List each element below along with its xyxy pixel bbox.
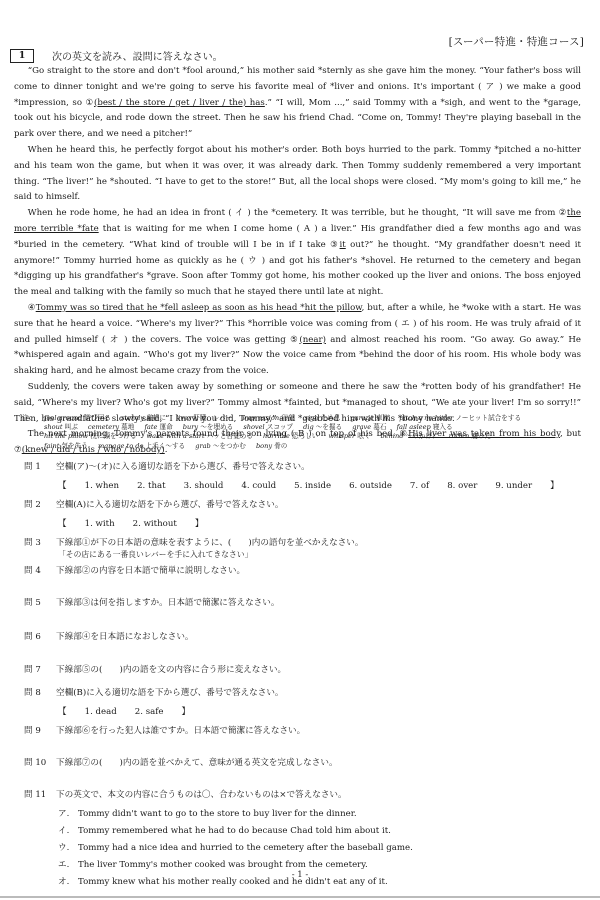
question-6: 問 6下線部④を日本語になおしなさい。 (24, 630, 194, 642)
tf-item: エ.The liver Tommy's mother cooked was br… (58, 858, 368, 870)
paragraph-4: ④Tommy was so tired that he *fell asleep… (14, 301, 581, 380)
answer-option: 7. of (410, 481, 429, 491)
note-term: faint (44, 442, 59, 450)
question-5: 問 5下線部③は何を指しますか。日本語で簡潔に答えなさい。 (24, 596, 279, 608)
question-1: 問 1空欄(ア)～(オ)に入る適切な語を下から選び、番号で答えなさい。 (24, 460, 310, 472)
question-2-options: 【1. with2. without】 (58, 517, 221, 529)
note-meaning: 腐った (469, 432, 491, 440)
answer-option: 6. outside (349, 481, 392, 491)
question-7: 問 7下線部⑤の( )内の語を文の内容に合う形に変えなさい。 (24, 663, 286, 675)
question-11: 問 11下の英文で、本文の内容に合うものは〇、合わないものは×で答えなさい。 (24, 788, 347, 800)
note-row: faint 気を失う manage to do 上手く～する grab ～をつか… (22, 442, 592, 451)
question-8-options: 【1. dead2. safe】 (58, 705, 208, 717)
tf-item: イ.Tommy remembered what he had to do bec… (58, 824, 391, 836)
answer-option: 1. dead (85, 707, 117, 717)
vocabulary-notes: 注：fool around 遊び回る sternly 厳格に liver 肝臓、… (22, 414, 592, 451)
note-term: fate (144, 423, 157, 431)
note-term: dig (303, 423, 314, 431)
section-heading: 1 次の英文を読み、設問に答えなさい。 (10, 48, 223, 63)
course-label: [スーパー特進・特進コース] (449, 34, 584, 49)
note-term: sternly (121, 414, 144, 422)
underline-1: (best / the store / get / liver / the) h… (94, 98, 265, 108)
note-term: bury (183, 423, 198, 431)
note-meaning: ため息 (318, 414, 342, 422)
note-term: manage to do (98, 442, 144, 450)
note-meaning: スコップ (265, 423, 295, 431)
page-number: - 1 - (0, 870, 600, 880)
note-term: wake with a start (147, 432, 205, 440)
note-term: hit the pillow (44, 432, 88, 440)
answer-option: 2. that (137, 481, 166, 491)
note-term: shovel (243, 423, 264, 431)
note-meaning: ノーヒット試合をする (453, 414, 521, 422)
answer-option: 5. inside (294, 481, 331, 491)
tf-item: ウ.Tommy had a nice idea and hurried to t… (58, 841, 413, 853)
note-meaning: 墓石 (371, 423, 388, 431)
note-meaning: 運命 (157, 423, 174, 431)
question-1-options: 【1. when2. that3. should4. could5. insid… (58, 479, 577, 491)
note-meaning: 上手く～する (143, 442, 187, 450)
note-term: pitch a no-hitter (399, 414, 453, 422)
underline-5: (near) (299, 335, 326, 345)
paragraph-2: When he heard this, he perfectly forgot … (14, 143, 581, 206)
answer-option: 9. under (495, 481, 532, 491)
note-row: hit the pillow 枕に頭をつける wake with a start… (22, 432, 592, 441)
note-meaning: ～を埋める (198, 423, 235, 431)
answer-option: 2. without (133, 519, 177, 529)
reading-passage: “Go straight to the store and don't *foo… (14, 64, 581, 459)
note-term: fall asleep (397, 423, 431, 431)
note-meaning: ～をつかむ (211, 442, 248, 450)
question-9: 問 9下線部⑥を行った犯人は誰ですか。日本語で簡潔に答えなさい。 (24, 724, 305, 736)
note-term: grave (352, 423, 371, 431)
note-term: behind (381, 432, 404, 440)
question-8: 問 8空欄(B)に入る適切な語を下から選び、番号で答えなさい。 (24, 686, 284, 698)
note-term: impression (242, 414, 279, 422)
note-meaning: 恐ろしい (290, 432, 321, 440)
note-term: garage (350, 414, 373, 422)
note-term: liver (176, 414, 191, 422)
answer-option: 2. safe (135, 707, 164, 717)
note-meaning: ハッと目覚める (205, 432, 255, 440)
note-meaning: ～を掘る (314, 423, 345, 431)
answer-option: 8. over (447, 481, 477, 491)
note-term: bony (256, 442, 272, 450)
note-term: shout (44, 423, 63, 431)
note-term: cemetery (88, 423, 119, 431)
note-meaning: 厳格に (144, 414, 168, 422)
note-term: rotten (449, 432, 470, 440)
note-meaning: 気を失う (59, 442, 90, 450)
answer-option: 4. could (241, 481, 276, 491)
underline-4: Tommy was so tired that he *fell asleep … (36, 303, 362, 313)
note-meaning: 墓地 (119, 423, 136, 431)
note-term: whisper (328, 432, 355, 440)
answer-option: 1. when (85, 481, 119, 491)
question-4: 問 4下線部②の内容を日本語で簡単に説明しなさい。 (24, 564, 245, 576)
note-row: 注：fool around 遊び回る sternly 厳格に liver 肝臓、… (22, 414, 592, 423)
note-meaning: 肝臓、レバー (191, 414, 234, 422)
answer-option: 1. with (85, 519, 115, 529)
question-3: 問 3下線部①が下の日本語の意味を表すように、( )内の語句を並べかえなさい。 (24, 536, 364, 548)
note-meaning: ～のかげに (403, 432, 440, 440)
question-10: 問 10下線部⑦の( )内の語を並べかえて、意味が通る英文を完成しなさい。 (24, 756, 338, 768)
question-2: 問 2空欄(A)に入る適切な語を下から選び、番号で答えなさい。 (24, 498, 283, 510)
paragraph-3: When he rode home, he had an idea in fro… (14, 206, 581, 301)
note-term: sigh (305, 414, 319, 422)
tf-item: ア.Tommy didn't want to go to the store t… (58, 807, 357, 819)
bottom-divider (0, 896, 600, 898)
note-meaning: 枕に頭をつける (88, 432, 138, 440)
note-term: grab (195, 442, 211, 450)
section-number-box: 1 (10, 49, 34, 63)
answer-option: 3. should (184, 481, 224, 491)
note-meaning: 遊び回る (82, 414, 113, 422)
section-instruction: 次の英文を読み、設問に答えなさい。 (52, 48, 223, 63)
note-term: horrible (263, 432, 290, 440)
note-meaning: 印象 (279, 414, 296, 422)
note-meaning: 骨の (272, 442, 287, 450)
paragraph-1: “Go straight to the store and don't *foo… (14, 64, 581, 143)
note-meaning: 車庫 (374, 414, 391, 422)
note-term: fool around (44, 414, 82, 422)
note-meaning: 叫ぶ (63, 423, 80, 431)
question-3-japanese: 「その店にある一番良いレバーを手に入れてきなさい」 (58, 549, 252, 560)
exam-page: [スーパー特進・特進コース] 1 次の英文を読み、設問に答えなさい。 “Go s… (0, 0, 600, 900)
note-meaning: 呟く (355, 432, 372, 440)
note-meaning: 寝入る (431, 423, 453, 431)
